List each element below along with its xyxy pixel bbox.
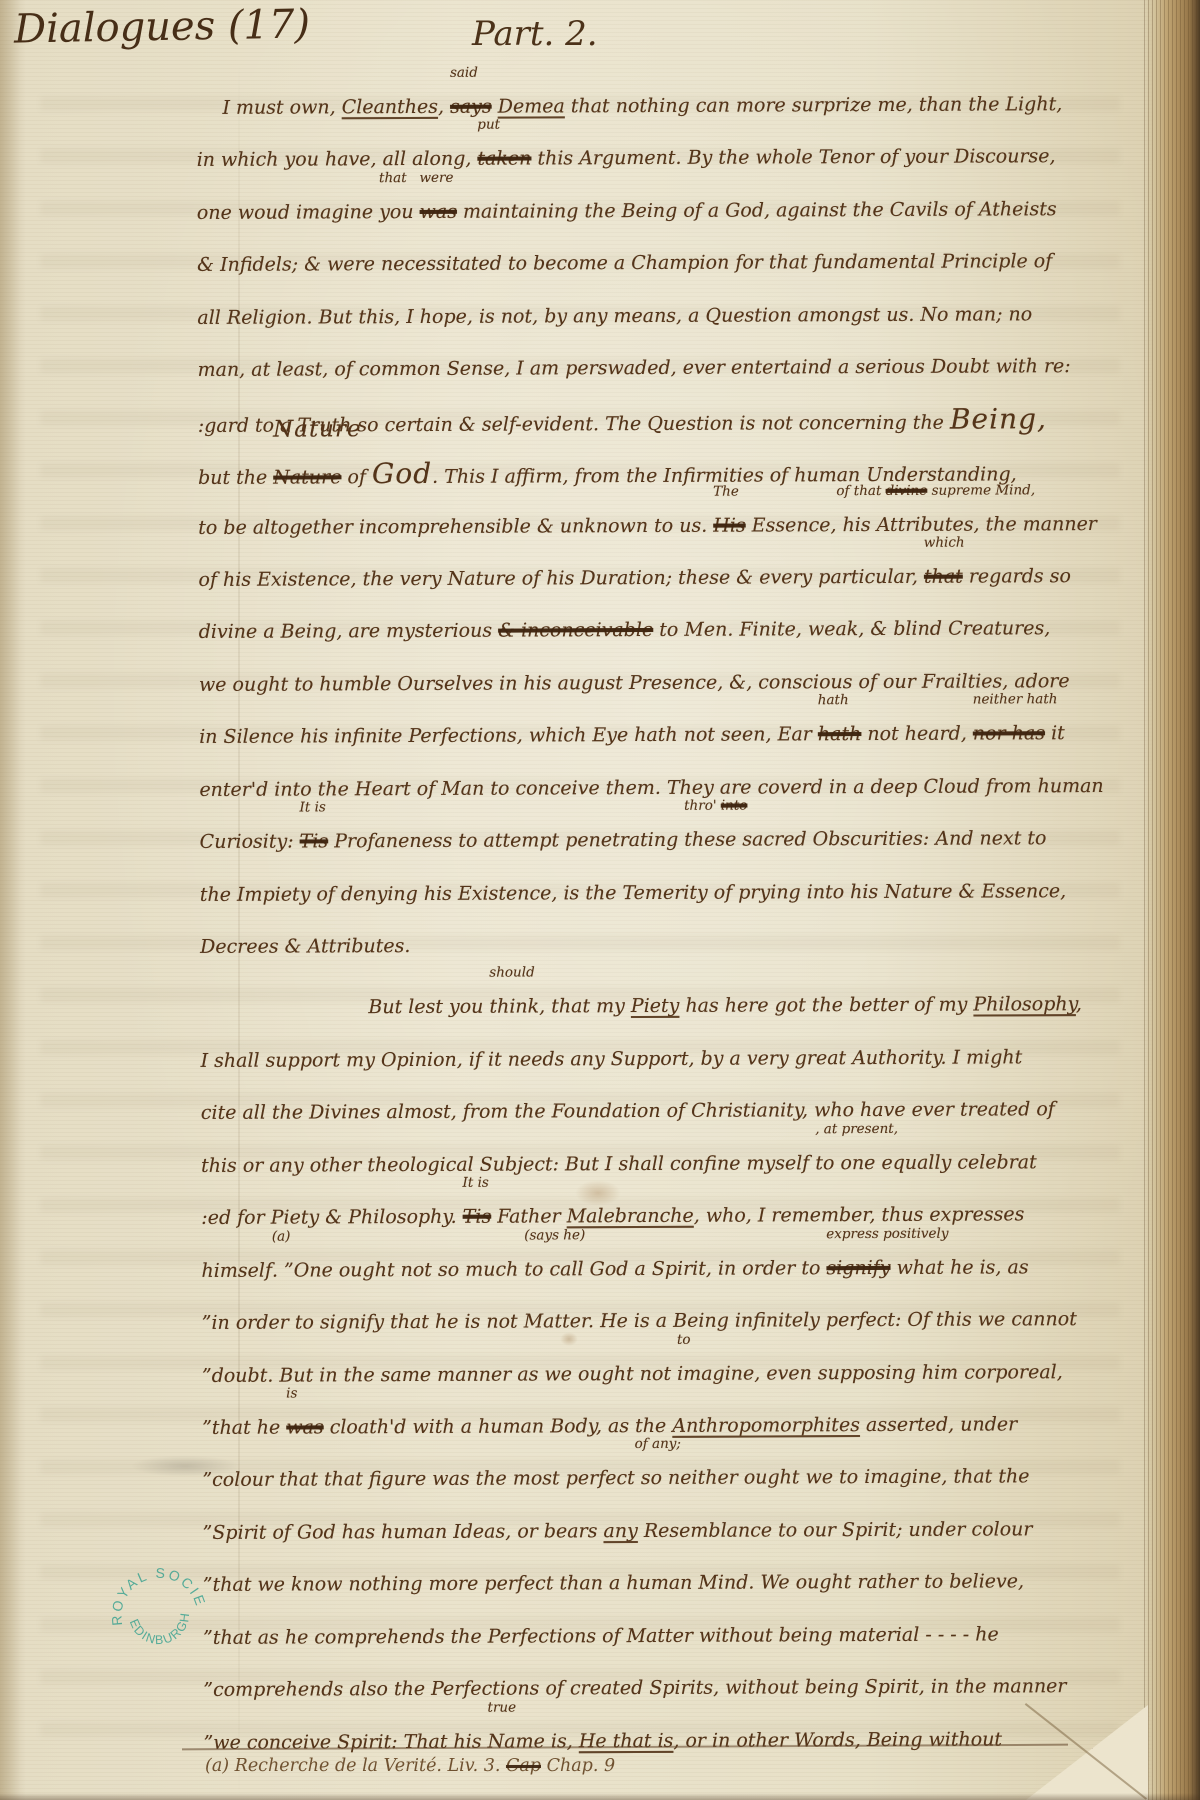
manuscript-text: divine a Being, are mysterious	[199, 620, 498, 643]
interlinear-insertion: , at present,	[815, 1122, 898, 1136]
manuscript-text: these sacred Obscurities: And next to	[684, 827, 1046, 851]
manuscript-line: divine a Being, are mysterious & inconce…	[199, 602, 1079, 658]
manuscript-text: the Impiety of denying his Existence, is…	[200, 880, 1066, 906]
manuscript-text: God	[372, 457, 432, 490]
underlined-text: Demea	[498, 95, 565, 117]
interlinear-insertion: express positively	[826, 1226, 948, 1241]
manuscript-text: Name is,	[488, 1730, 579, 1752]
manuscript-text: himself	[201, 1259, 272, 1281]
struck-text: taken	[477, 148, 531, 170]
interlinear-insertion: (says he)	[524, 1228, 585, 1242]
struck-text: was	[420, 201, 457, 223]
manuscript-line: ”in order to signify that he is not Matt…	[202, 1293, 1082, 1349]
manuscript-body: I must own, Cleanthes, saidsays Demea th…	[196, 78, 1083, 1769]
stamp-bottom-text: EDINBURGH	[126, 1604, 199, 1654]
manuscript-text: it	[1045, 722, 1065, 744]
manuscript-text: not heard,	[861, 723, 973, 745]
manuscript-text: his Attributes, the manner	[836, 513, 1096, 536]
struck-text: nor has	[973, 722, 1045, 744]
manuscript-text: enter'd into the Heart of Man to conceiv…	[199, 775, 1103, 801]
manuscript-line: :ed for Piety & Philosophy. It isTis Fat…	[201, 1188, 1081, 1244]
underlined-text: Philosophy	[973, 994, 1076, 1016]
manuscript-text: ,	[438, 96, 450, 118]
interlinear-insertion: It is	[299, 800, 325, 814]
manuscript-text: asserted, under	[860, 1413, 1017, 1436]
manuscript-text: that nothing can more surprize me, than …	[565, 93, 1063, 117]
interlinear-insertion: of that divine supreme Mind,	[836, 483, 1035, 498]
interlinear-insertion: thro' into	[684, 799, 747, 813]
interlinear-insertion: neither hath	[973, 692, 1058, 706]
manuscript-text: to be altogether incomprehensible & unkn…	[198, 514, 713, 538]
interlinear-insertion: that	[379, 171, 407, 185]
manuscript-line: one woud imagine thatyou werewas maintai…	[197, 183, 1077, 239]
page-bottom-edge	[0, 1793, 1200, 1800]
manuscript-text: in which you have, all along,	[197, 148, 478, 171]
manuscript-line: I shall support my Opinion, if it needs …	[200, 1031, 1080, 1087]
manuscript-text: & Infidels; & were necessitated to becom…	[197, 251, 1052, 277]
part-heading: Part. 2.	[472, 14, 598, 54]
manuscript-text: of his Existence, the very Nature of his…	[198, 566, 924, 591]
interlinear-insertion: said	[450, 66, 478, 80]
manuscript-text: one woud imagine	[197, 201, 379, 224]
interlinear-insertion: hath	[818, 693, 849, 707]
manuscript-text: . ”One ought not so much	[272, 1258, 524, 1281]
interlinear-insertion: is	[286, 1386, 297, 1400]
manuscript-text: ”that he	[202, 1416, 286, 1438]
manuscript-text: maintaining the Being of a God, against …	[457, 198, 1057, 223]
manuscript-text: ”doubt. But in the same manner as we oug…	[202, 1362, 677, 1386]
manuscript-text: :ed for Piety & Philosophy.	[201, 1206, 462, 1229]
paragraph: But lest you should think, that my Piety…	[200, 979, 1083, 1769]
page-title: Dialogues (17)	[14, 1, 311, 52]
interlinear-insertion: (a)	[272, 1229, 291, 1243]
manuscript-text: this or any other theological Subject: B…	[201, 1152, 815, 1177]
manuscript-text: cloath'd with a human Body, as the	[324, 1415, 673, 1439]
interlinear-insertion: which	[924, 536, 965, 550]
manuscript-line: cite all the Divines almost, from the Fo…	[201, 1083, 1081, 1139]
manuscript-text: has here got the better of my	[679, 994, 973, 1017]
manuscript-line: in Silence his infinite Perfections, whi…	[199, 707, 1079, 763]
manuscript-line: enter'd into the Heart of Man to conceiv…	[199, 760, 1079, 816]
underlined-text: Malebranche	[567, 1205, 694, 1228]
manuscript-line: this or any other theological Subject: B…	[201, 1136, 1081, 1192]
manuscript-text: this Argument. By the whole Tenor of you…	[531, 146, 1055, 170]
svg-text:EDINBURGH: EDINBURGH	[126, 1604, 199, 1654]
manuscript-text: ,	[1076, 994, 1082, 1016]
struck-text: Nature	[273, 466, 341, 488]
manuscript-text: cite all the Divines almost, from the Fo…	[201, 1099, 1055, 1125]
struck-text: Tis	[300, 830, 329, 852]
manuscript-text: to Men. Finite, weak, & blind Creatures,	[653, 618, 1050, 642]
manuscript-text: but the	[198, 467, 273, 489]
manuscript-text: we ought to humble Ourselves in his augu…	[199, 670, 1070, 696]
manuscript-text: ”comprehends also the Perfections of cre…	[203, 1675, 1066, 1701]
manuscript-line: of his Existence, the very Nature of his…	[198, 550, 1078, 606]
manuscript-line: the Impiety of denying his Existence, is…	[200, 865, 1080, 921]
manuscript-line: ”Spirit of God has human Ideas, or bears…	[203, 1503, 1083, 1559]
manuscript-text: regards so	[963, 565, 1071, 587]
manuscript-line: & Infidels; & were necessitated to becom…	[197, 235, 1077, 291]
manuscript-text: I shall support my Opinion, if it needs …	[201, 1046, 1023, 1072]
manuscript-line: all Religion. But this, I hope, is not, …	[197, 288, 1077, 344]
manuscript-text: I must own,	[222, 96, 341, 119]
manuscript-line: ”that as he comprehends the Perfections …	[203, 1608, 1083, 1664]
struck-text: that	[924, 566, 963, 588]
manuscript-text: what he is, as	[890, 1256, 1028, 1279]
manuscript-text: Essence,	[746, 514, 837, 536]
manuscript-text: Resemblance to our Spirit; under colour	[638, 1518, 1033, 1542]
manuscript-text: so neither ought we to imagine, that the	[635, 1466, 1030, 1490]
manuscript-text: man, at least, of common Sense, I am per…	[198, 355, 1071, 381]
struck-text: hath	[818, 723, 862, 745]
interlinear-insertion: should	[489, 966, 534, 980]
struck-text: Tis	[463, 1206, 492, 1228]
interlinear-insertion: true	[487, 1700, 516, 1714]
manuscript-line: man, at least, of common Sense, I am per…	[197, 340, 1077, 396]
manuscript-text: Curiosity:	[200, 831, 300, 853]
manuscript-line: ”that we know nothing more perfect than …	[203, 1555, 1083, 1611]
manuscript-text: ”we conceive Spirit: That his	[204, 1730, 488, 1753]
manuscript-text: ”in order to signify that he is not Matt…	[202, 1308, 1077, 1334]
interlinear-insertion: It is	[463, 1176, 489, 1190]
struck-text: His	[713, 514, 746, 536]
struck-text: was	[286, 1416, 323, 1438]
manuscript-text: Being,	[950, 402, 1047, 435]
struck-text: says	[450, 96, 492, 118]
manuscript-line: I must own, Cleanthes, saidsays Demea th…	[196, 78, 1076, 134]
manuscript-text: to call God a Spirit, in order to	[524, 1257, 826, 1280]
manuscript-text: , or in other Words, Being without	[673, 1728, 1002, 1751]
manuscript-text: of	[341, 466, 372, 488]
interlinear-insertion: were	[419, 171, 453, 185]
underlined-text: Piety	[631, 995, 680, 1017]
paragraph: I must own, Cleanthes, saidsays Demea th…	[196, 78, 1080, 973]
interlinear-insertion: The	[713, 484, 739, 498]
manuscript-text: Chap. 9	[541, 1756, 615, 1776]
manuscript-text: But lest you	[368, 996, 489, 1019]
book-fore-edge	[1144, 0, 1200, 1800]
manuscript-line: we ought to humble Ourselves in his augu…	[199, 655, 1079, 711]
underlined-text: He that is	[579, 1729, 674, 1751]
manuscript-text: in Silence his infinite Perfections, whi…	[199, 723, 818, 748]
manuscript-line: ”colour that that figure was the most pe…	[202, 1450, 1082, 1506]
manuscript-line: in which you have, all along, puttaken t…	[197, 131, 1077, 187]
manuscript-text: Father	[491, 1206, 567, 1228]
manuscript-text: of that	[836, 482, 885, 498]
manuscript-page: { "page": { "colors": { "ink": "#543419"…	[0, 0, 1200, 1800]
manuscript-text: Decrees & Attributes.	[200, 935, 410, 958]
manuscript-text: thro'	[684, 798, 721, 814]
struck-text: divine	[886, 482, 928, 498]
underlined-text: Anthropomorphites	[672, 1414, 860, 1437]
struck-text: into	[721, 798, 748, 814]
manuscript-line: ”comprehends also the Perfections of cre…	[203, 1660, 1083, 1716]
manuscript-text: Profaneness to attempt penetrating	[328, 829, 684, 853]
manuscript-text: (a) Recherche de la Verité. Liv. 3.	[205, 1756, 506, 1776]
struck-text: & inconceivable	[498, 619, 653, 642]
manuscript-line: But lest you should think, that my Piety…	[200, 979, 1080, 1035]
interlinear-insertion: of any;	[635, 1437, 681, 1451]
manuscript-text: all Religion. But this, I hope, is not, …	[197, 303, 1032, 329]
underlined-text: any	[603, 1520, 637, 1542]
manuscript-text: to one equally celebrat	[815, 1151, 1036, 1174]
interlinear-insertion: Nature	[273, 422, 362, 436]
manuscript-line: Curiosity: It isTis Profaneness to attem…	[200, 812, 1080, 868]
manuscript-text: you	[379, 201, 420, 223]
manuscript-text: ”that we know nothing more perfect than …	[203, 1571, 1024, 1597]
manuscript-text: ”Spirit of God has human Ideas, or bears	[203, 1520, 604, 1544]
manuscript-line: himself(a). ”One ought not so much (says…	[201, 1241, 1081, 1297]
underlined-text: Cleanthes	[342, 96, 438, 118]
page-left-edge	[0, 0, 26, 1800]
manuscript-line: Decrees & Attributes.	[200, 917, 1080, 973]
manuscript-text: ”colour that that figure was the most pe…	[202, 1467, 634, 1491]
struck-text: signify	[826, 1257, 890, 1279]
footnote: (a) Recherche de la Verité. Liv. 3. Cap …	[205, 1756, 615, 1776]
manuscript-line: ”doubt. But in the same manner as we oug…	[202, 1346, 1082, 1402]
manuscript-text: think, that my	[489, 995, 631, 1018]
manuscript-text: , who, I remember, thus expresses	[694, 1204, 1025, 1227]
interlinear-insertion: to	[677, 1332, 691, 1346]
manuscript-text: supreme Mind,	[927, 482, 1035, 498]
struck-text: Cap	[506, 1756, 541, 1776]
manuscript-text: imagine, even supposing him corporeal,	[677, 1361, 1063, 1385]
interlinear-insertion: put	[477, 118, 500, 132]
manuscript-text: ”that as he comprehends the Perfections …	[203, 1623, 999, 1648]
